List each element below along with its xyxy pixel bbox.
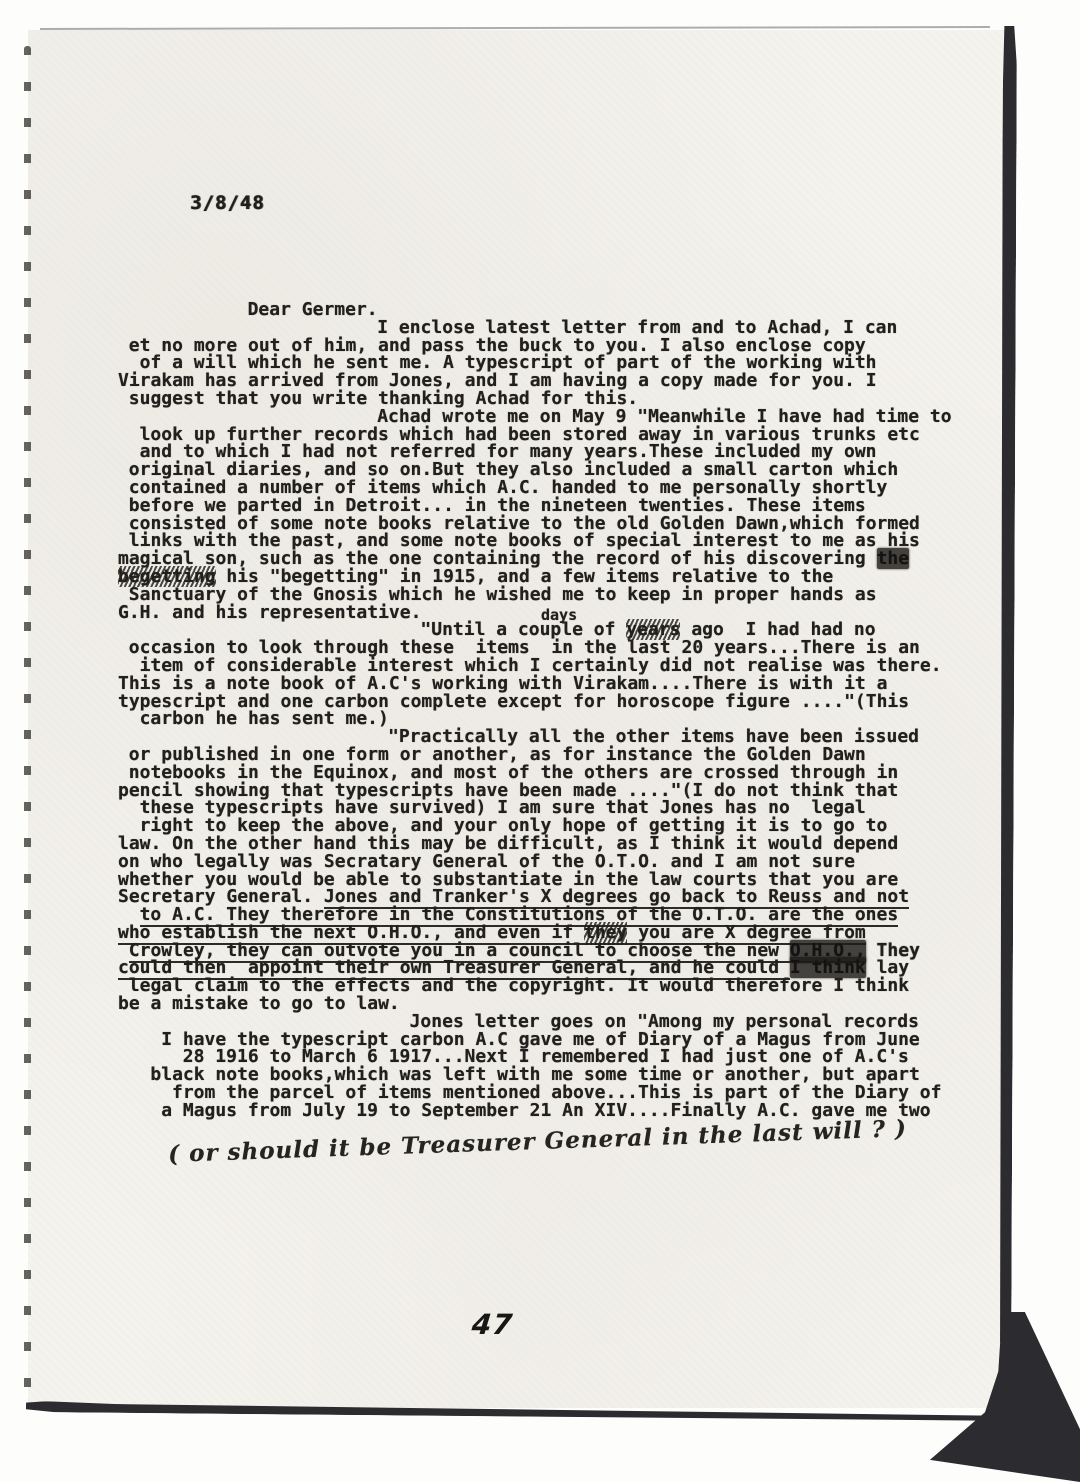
handwritten-annotation: ( or should it be Treasurer General in t…	[168, 1115, 908, 1168]
letter-date: 3/8/48	[190, 192, 265, 214]
letter-body: Dear Germer.I enclose latest letter from…	[118, 301, 978, 1120]
scanned-letter-page: 3/8/48 Dear Germer.I enclose latest lett…	[0, 0, 1080, 1482]
paper-sheet: 3/8/48 Dear Germer.I enclose latest lett…	[28, 30, 1008, 1408]
scan-edge-left	[24, 46, 31, 1406]
page-number: 47	[470, 1308, 514, 1341]
